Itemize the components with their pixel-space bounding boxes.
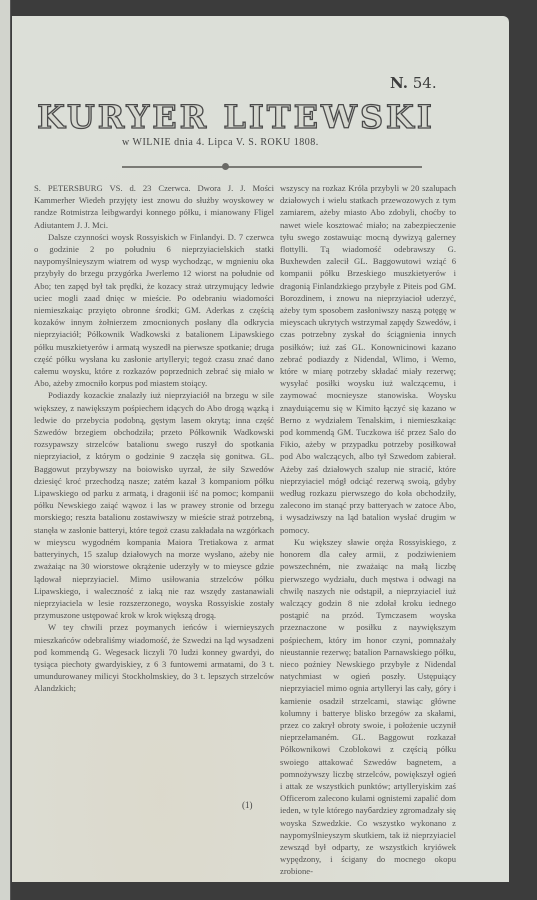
- ornamental-divider: [122, 166, 422, 168]
- article-paragraph: Ku większey sławie oręża Rossyiskiego, z…: [280, 536, 456, 878]
- binding-spine: [0, 0, 11, 900]
- left-column: S. PETERSBURG VS. d. 23 Czerwca. Dwora J…: [34, 182, 274, 695]
- issue-number: N. 54.: [390, 74, 437, 92]
- right-column: wszyscy na rozkaz Króla przybyli w 20 sz…: [280, 182, 456, 878]
- article-paragraph: Podiazdy kozackie znalazły iuż nieprzyia…: [34, 389, 274, 621]
- article-paragraph: S. PETERSBURG VS. d. 23 Czerwca. Dwora J…: [34, 182, 274, 231]
- issue-prefix: N.: [390, 74, 408, 92]
- page-marker: (1): [242, 800, 253, 810]
- issue-value: 54.: [413, 74, 437, 92]
- article-paragraph: Dalsze czynności woysk Rossyiskich w Fin…: [34, 231, 274, 390]
- article-paragraph: wszyscy na rozkaz Króla przybyli w 20 sz…: [280, 182, 456, 536]
- article-paragraph: W tey chwili przez poymanych ieńców i wi…: [34, 621, 274, 694]
- dateline: w WILNIE dnia 4. Lipca V. S. ROKU 1808.: [122, 137, 319, 148]
- masthead-title: KURYER LITEWSKI: [26, 98, 446, 136]
- divider-knob-icon: [222, 163, 229, 170]
- newspaper-page: N. 54. KURYER LITEWSKI w WILNIE dnia 4. …: [12, 16, 509, 882]
